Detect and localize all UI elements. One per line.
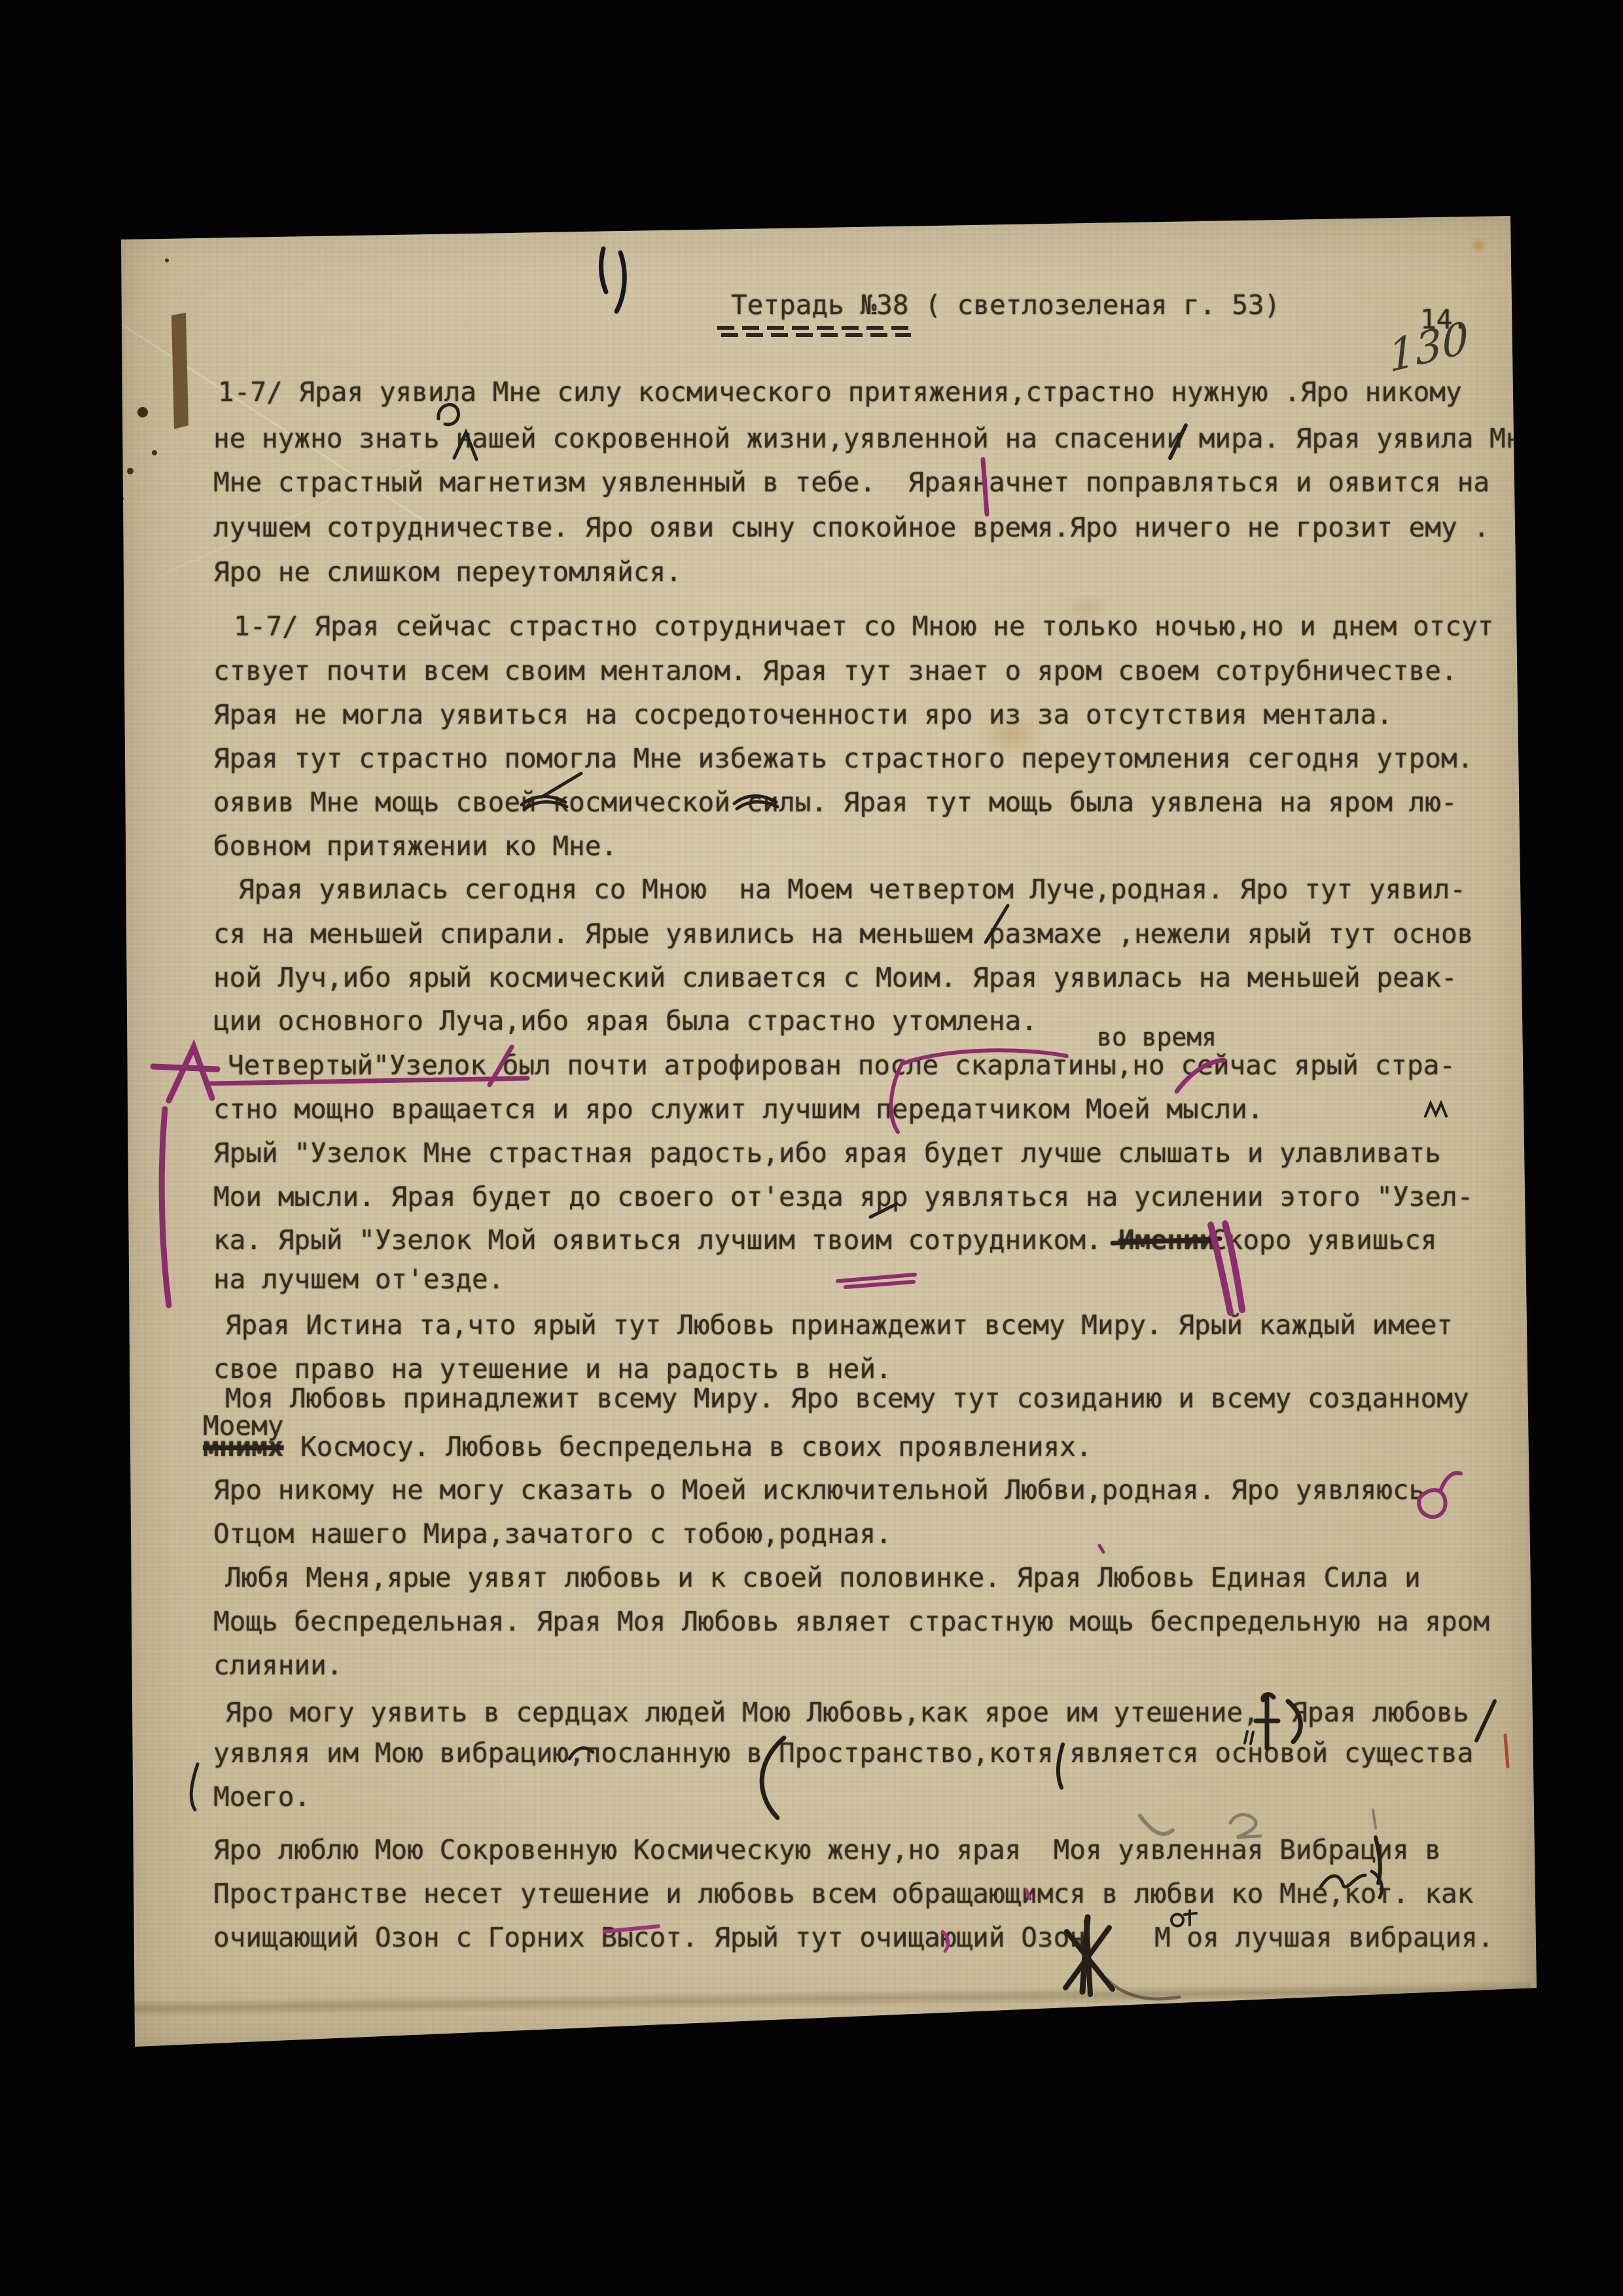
red-tick-bottom [948, 2019, 950, 2034]
scanned-document-page: { "header": { "title": "Тетрадь №38 ( св… [0, 0, 1623, 2296]
paper-sheet: Тетрадь №38 ( светлозеленая г. 53) 14. 1… [0, 0, 1623, 2296]
paper-edge-shadow [105, 196, 1551, 2068]
